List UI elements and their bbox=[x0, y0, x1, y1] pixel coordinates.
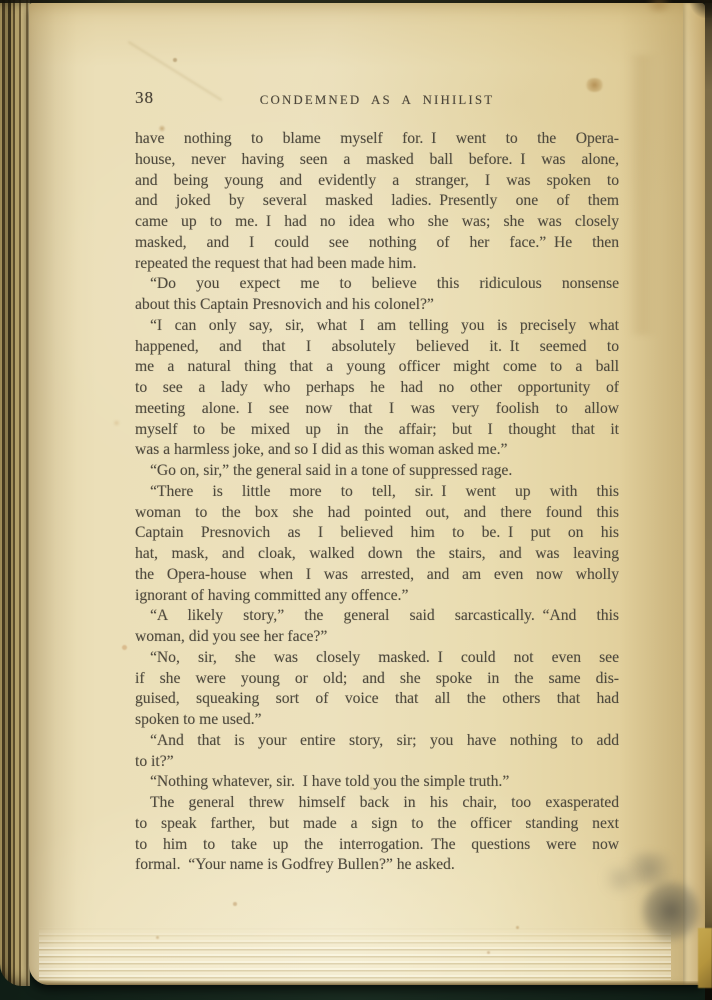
page-content: 38 CONDEMNED AS A NIHILIST have nothing … bbox=[0, 0, 712, 1000]
text-line: came up to me. I had no idea who she was… bbox=[135, 212, 619, 233]
paragraph: “Do you expect me to believe this ridicu… bbox=[135, 274, 619, 316]
text-line: “No, sir, she was closely masked. I coul… bbox=[135, 648, 619, 669]
text-line: to speak farther, but made a sign to the… bbox=[135, 814, 619, 835]
text-line: “Do you expect me to believe this ridicu… bbox=[135, 274, 619, 295]
text-line: guised, squeaking sort of voice that all… bbox=[135, 689, 619, 710]
text-line: woman, did you see her face?” bbox=[135, 627, 619, 648]
text-line: spoken to me used.” bbox=[135, 710, 619, 731]
paragraph: “Nothing whatever, sir. I have told you … bbox=[135, 772, 619, 793]
text-line: house, never having seen a masked ball b… bbox=[135, 150, 619, 171]
paragraph: “And that is your entire story, sir; you… bbox=[135, 731, 619, 773]
text-block: have nothing to blame myself for. I went… bbox=[135, 129, 619, 876]
text-line: formal. “Your name is Godfrey Bullen?” h… bbox=[135, 855, 619, 876]
paragraph: The general threw himself back in his ch… bbox=[135, 793, 619, 876]
text-line: hat, mask, and cloak, walked down the st… bbox=[135, 544, 619, 565]
text-line: The general threw himself back in his ch… bbox=[135, 793, 619, 814]
text-line: “There is little more to tell, sir. I we… bbox=[135, 482, 619, 503]
text-line: woman to the box she had pointed out, an… bbox=[135, 503, 619, 524]
text-line: Captain Presnovich as I believed him to … bbox=[135, 523, 619, 544]
text-line: myself to be mixed up in the affair; but… bbox=[135, 420, 619, 441]
text-line: about this Captain Presnovich and his co… bbox=[135, 295, 619, 316]
text-line: was a harmless joke, and so I did as thi… bbox=[135, 440, 619, 461]
text-line: if she were young or old; and she spoke … bbox=[135, 669, 619, 690]
text-line: have nothing to blame myself for. I went… bbox=[135, 129, 619, 150]
text-line: the Opera-house when I was arrested, and… bbox=[135, 565, 619, 586]
text-line: ignorant of having committed any offence… bbox=[135, 586, 619, 607]
text-line: “And that is your entire story, sir; you… bbox=[135, 731, 619, 752]
text-line: masked, and I could see nothing of her f… bbox=[135, 233, 619, 254]
text-line: “Go on, sir,” the general said in a tone… bbox=[135, 461, 619, 482]
text-line: to see a lady who perhaps he had no othe… bbox=[135, 378, 619, 399]
text-line: to it?” bbox=[135, 752, 619, 773]
text-line: “A likely story,” the general said sarca… bbox=[135, 606, 619, 627]
paragraph: “Go on, sir,” the general said in a tone… bbox=[135, 461, 619, 482]
paragraph: “I can only say, sir, what I am telling … bbox=[135, 316, 619, 461]
text-line: and joked by several masked ladies. Pres… bbox=[135, 191, 619, 212]
text-line: meeting alone. I see now that I was very… bbox=[135, 399, 619, 420]
running-title: CONDEMNED AS A NIHILIST bbox=[135, 93, 619, 107]
paragraph: “There is little more to tell, sir. I we… bbox=[135, 482, 619, 607]
text-line: to him to take up the interrogation. The… bbox=[135, 835, 619, 856]
text-line: me a natural thing that a young officer … bbox=[135, 357, 619, 378]
text-line: and being young and evidently a stranger… bbox=[135, 171, 619, 192]
text-line: repeated the request that had been made … bbox=[135, 254, 619, 275]
text-line: happened, and that I absolutely believed… bbox=[135, 337, 619, 358]
text-line: “Nothing whatever, sir. I have told you … bbox=[135, 772, 619, 793]
text-line: “I can only say, sir, what I am telling … bbox=[135, 316, 619, 337]
paragraph: have nothing to blame myself for. I went… bbox=[135, 129, 619, 274]
paragraph: “A likely story,” the general said sarca… bbox=[135, 606, 619, 648]
paragraph: “No, sir, she was closely masked. I coul… bbox=[135, 648, 619, 731]
